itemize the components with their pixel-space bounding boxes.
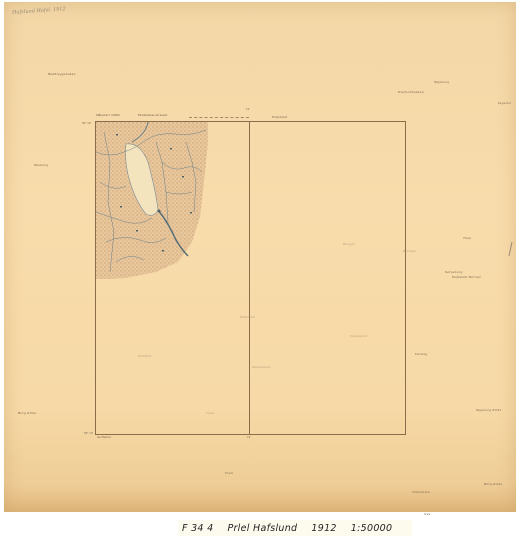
surveyed-topographic-area: [96, 122, 208, 279]
place-label: Berg Kirke: [484, 482, 503, 486]
left-side-label: 59° 20': [82, 122, 91, 125]
place-label: Greåker: [138, 354, 152, 358]
map-scale: 1:50000: [351, 523, 393, 534]
place-label: Hafslund Herred: [452, 275, 481, 279]
place-label: Varteig: [415, 352, 427, 356]
place-label: Rødkleggsbakke: [48, 72, 76, 76]
header-dashed-rule: [189, 117, 249, 118]
place-label: Rolvsøy: [403, 249, 416, 253]
sheet-divider-line: [249, 121, 250, 434]
place-label: Borgen: [343, 242, 355, 246]
place-label: Sarpsborg: [445, 270, 463, 274]
pencil-mark: [509, 242, 513, 256]
map-title: Prlel Hafslund: [227, 523, 297, 534]
place-label: Skjeberg: [434, 80, 449, 84]
place-label: Ingedal: [498, 101, 511, 105]
place-label: Tune: [463, 236, 471, 240]
place-label: Valaskjold: [350, 334, 367, 338]
topographic-map-detail: [96, 122, 208, 279]
place-label: Yven: [225, 471, 233, 475]
frame-header-equidistance: Ekvidistanse 20 meter: [138, 114, 167, 117]
place-label: Berg Kirke: [18, 411, 37, 415]
place-label: Skeberg: [34, 163, 48, 167]
place-label: Kvilfordbakken: [398, 90, 424, 94]
place-label: Skjeberg Kirke: [476, 408, 502, 412]
pencil-annotation: Hafslund Hafsl. 1912: [12, 6, 66, 16]
map-sheet: Hafslund Hafsl. 1912 Målestok 1:50000 Ek…: [4, 2, 516, 512]
bottom-tick-left: 59° 10': [84, 432, 93, 435]
top-mid-label: Hafslund: [272, 115, 287, 119]
place-label: Sannesund: [252, 365, 271, 369]
map-year: 1912: [311, 523, 336, 534]
place-label: Tunø: [206, 411, 214, 415]
sheet-number: F 34 4: [182, 523, 213, 534]
frame-header-scale: Målestok 1:50000: [96, 114, 120, 117]
bottom-left-label: Ise Herred: [97, 436, 111, 439]
place-label: Tistedalen: [412, 490, 430, 494]
place-label: Nes: [424, 512, 431, 516]
top-tick-mid: 10': [246, 108, 250, 111]
sheet-caption-label: F 34 4 Prlel Hafslund 1912 1:50000: [178, 520, 412, 536]
place-label: Hafslund: [240, 315, 255, 319]
bottom-tick-mid: 10': [247, 436, 251, 439]
